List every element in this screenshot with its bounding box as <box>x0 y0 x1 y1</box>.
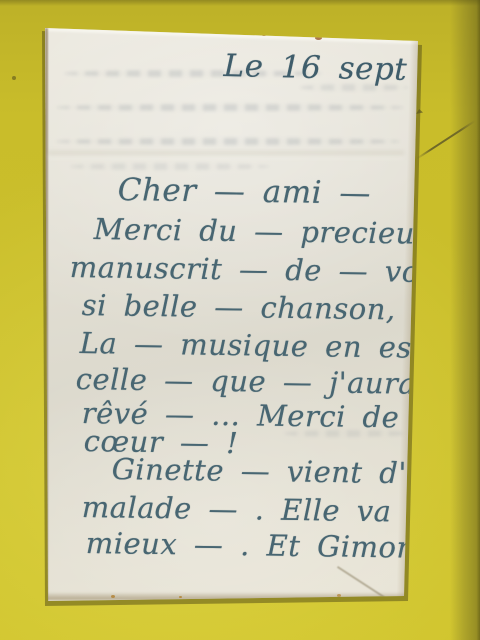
handwritten-line: manuscrit — de — votre <box>70 250 465 290</box>
background-speck <box>12 76 16 80</box>
handwritten-line: mieux — . Et Gimond <box>86 526 435 565</box>
letter-salutation: Cher — ami — <box>117 172 371 212</box>
rust-stain <box>315 36 322 40</box>
background-top-shadow-band <box>0 0 480 6</box>
background-right-shadow-band <box>450 0 480 640</box>
handwritten-line: malade — . Elle va — <box>82 490 438 529</box>
paper-edge-highlight <box>45 27 419 44</box>
handwritten-line: Merci du — precieux <box>94 212 432 251</box>
rust-stain <box>111 595 115 598</box>
handwritten-line: Ginette — vient d'être <box>112 452 469 491</box>
rust-stain <box>239 30 243 33</box>
rust-stain <box>179 596 182 598</box>
ink-bleed-through <box>70 163 270 170</box>
ink-bleed-through <box>56 138 400 145</box>
rust-stain <box>337 594 341 597</box>
paper-crease <box>48 150 404 160</box>
letter-photo-scene: Le 16 sept 1960 Cher — ami — Merci du — … <box>0 0 480 640</box>
letter-date: Le 16 sept 1960 <box>223 48 480 90</box>
handwritten-line: celle — que — j'aurais <box>76 362 442 401</box>
rust-stain <box>372 34 376 37</box>
ink-bleed-through <box>56 104 404 111</box>
handwritten-line: si belle — chanson, <box>82 288 396 326</box>
handwritten-line: La — musique en est <box>80 326 425 365</box>
rust-stain <box>261 32 267 36</box>
